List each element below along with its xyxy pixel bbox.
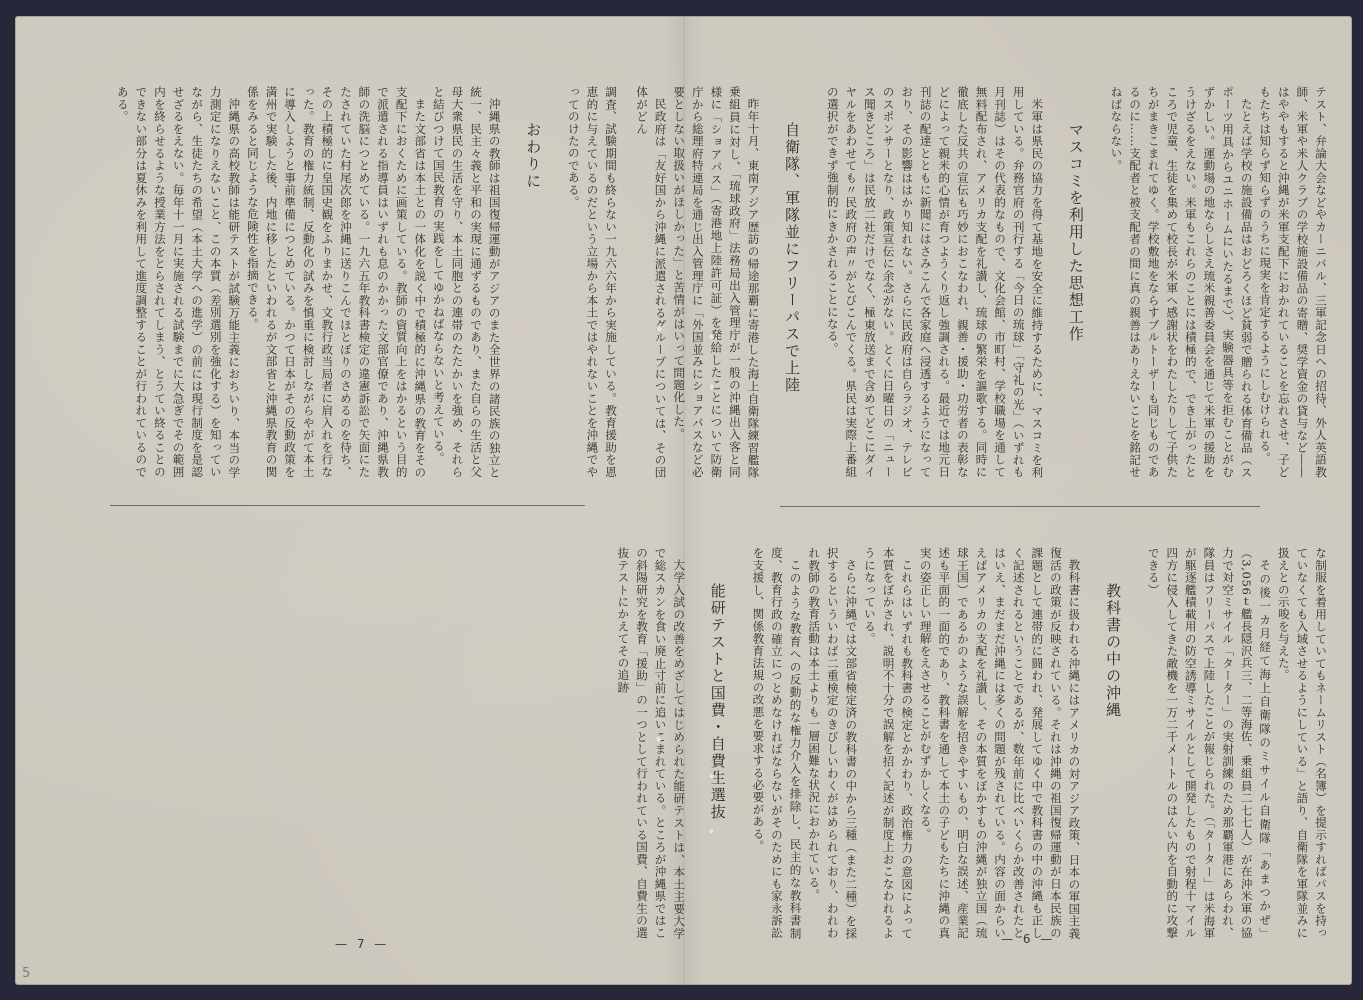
document-sheet: 調査、試験期間も終らない一九六六年から実施している。教育援助を恩恵的に与えている…	[15, 16, 1352, 985]
paragraph: な制服を着用していてもネームリスト（名簿）を提示すればパスを持っていなくても入域…	[1274, 547, 1330, 939]
paragraph: その後一カ月経て海上自衛隊のミサイル自衛隊「あまつかぜ」（3,056ｔ艦長隠沢兵…	[1144, 547, 1274, 939]
pencil-mark: 5	[22, 966, 30, 981]
left-page-number: — 7 —	[335, 937, 389, 951]
paragraph: 民政府は「友好国から沖縄に派遣されるグループについては、その団体がどん	[632, 86, 669, 478]
section-heading: おわりに	[524, 86, 543, 478]
left-page-top-text: 調査、試験期間も終らない一九六六年から実施している。教育援助を恩恵的に与えている…	[208, 86, 620, 478]
paragraph: 調査、試験期間も終らない一九六六年から実施している。教育援助を恩恵的に与えている…	[564, 86, 620, 478]
staple-hole	[709, 334, 714, 340]
paragraph: また文部省は本土との一体化を説く中で積極的に沖縄県の教育をその支配下におくために…	[243, 86, 429, 478]
section-heading: 能研テストと国費・自費生選抜	[708, 547, 727, 939]
right-page-bottom-text: な制服を着用していてもネームリスト（名簿）を提示すればパスを持っていなくても入域…	[730, 547, 1330, 939]
paragraph: 教科書に扱われる沖縄にはアメリカの対アジア政策、日本の軍国主義復活の政策が反映さ…	[916, 547, 1083, 939]
staple-hole	[709, 773, 714, 779]
right-page-top-text: テスト、弁論大会などやカーニバル、三軍記念日への招待、外人英語教師、米軍や米人ク…	[700, 86, 1330, 478]
staple-hole	[709, 384, 714, 390]
staple-hole	[709, 828, 714, 834]
section-heading: マスコミを利用した思想工作	[1066, 86, 1085, 478]
paragraph: たとえば学校の施設備品はおどろくほど貧弱で贈られる体育備品（スポーツ用具からユニ…	[1107, 86, 1256, 478]
staple-hole	[656, 736, 661, 742]
paragraph: テスト、弁論大会などやカーニバル、三軍記念日への招待、外人英語教師、米軍や米人ク…	[1256, 86, 1330, 478]
right-page-divider	[780, 506, 1260, 507]
section-heading: 教科書の中の沖縄	[1103, 547, 1122, 939]
paragraph: 大学入試の改善をめざしてはじめられた能研テストは、本土主要大学で総スカンを食い廃…	[614, 547, 688, 939]
paragraph: さらに沖縄では文部省検定済の教科書の中から三種（また二種）を採択するといういわば…	[805, 547, 861, 939]
paragraph: 沖縄県の教師は祖国復帰運動がアジアのまた全世界の諸民族の独立と統一、民主々義と平…	[429, 86, 503, 478]
paragraph: 米軍は県民の協力を得て基地を安全に維持するために、マスコミを利用している。弁務官…	[823, 86, 1046, 478]
right-page-number: — 6 —	[1001, 932, 1055, 946]
left-page-divider	[110, 505, 585, 506]
paragraph: 昨年十月、東南アジア歴訪の帰途那覇に寄港した海上自衛隊練習艦隊乗組員に対し、「琉…	[670, 86, 763, 478]
staple-hole	[657, 326, 662, 332]
section-heading: 自衛隊、軍隊並にフリーパスで上陸	[783, 86, 802, 478]
paragraph: このような教育への反動的な権力介入を排除し、民主的な教科書制度、教育行政の確立に…	[749, 547, 805, 939]
paragraph: 沖縄県の高校教師は能研テストが試験万能主義におちいり、本当の学力測定になりえない…	[113, 86, 243, 478]
paragraph: これらはいずれも教科書の検定とかかわり、政治権力の意図によって本質をぼかされ、説…	[860, 547, 916, 939]
